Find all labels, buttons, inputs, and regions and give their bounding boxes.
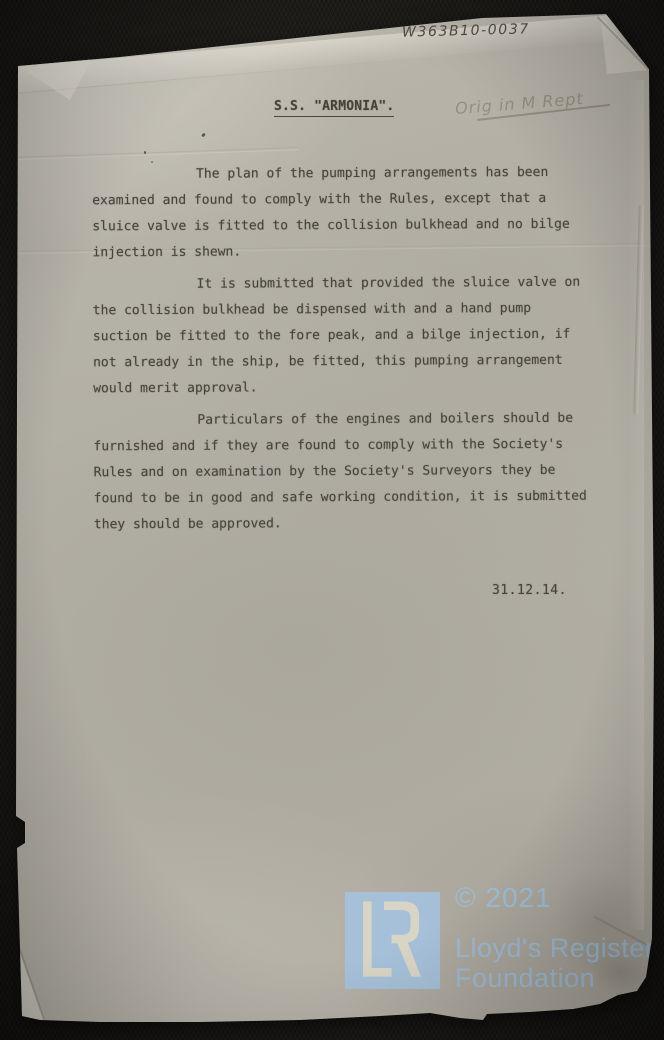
paper-shadow: W363B10-0037 Orig in M Rept S.S. "ARMONI… [0, 0, 664, 1040]
top-right-fold-crease [597, 16, 650, 71]
ink-speck [144, 151, 146, 154]
watermark-org-line1: Lloyd's Register [455, 933, 654, 963]
paragraph-3: Particulars of the engines and boilers s… [93, 406, 594, 539]
paragraph-2: It is submitted that provided the sluice… [93, 270, 594, 403]
top-left-corner-fold [0, 0, 120, 120]
right-edge-highlight [628, 80, 644, 930]
archive-reference-handwritten: W363B10-0037 [402, 21, 530, 40]
document-title: S.S. "ARMONIA". [274, 99, 394, 117]
document-paper: W363B10-0037 Orig in M Rept S.S. "ARMONI… [0, 0, 664, 1040]
scanned-document-photo: W363B10-0037 Orig in M Rept S.S. "ARMONI… [0, 0, 664, 1040]
ink-speck [201, 133, 206, 138]
top-fold-crease [14, 11, 654, 94]
bottom-left-corner-fold [0, 900, 80, 1040]
right-vertical-crease [633, 205, 643, 415]
paragraph-1: The plan of the pumping arrangements has… [92, 160, 593, 267]
horizontal-crease-upper [18, 147, 298, 160]
watermark-copyright: © 2021 [455, 882, 552, 914]
watermark-org-line2: Foundation [455, 963, 654, 993]
document-date: 31.12.14. [492, 583, 567, 598]
lr-monogram-icon [345, 892, 440, 989]
document-body: The plan of the pumping arrangements has… [92, 160, 594, 545]
watermark-org-name: Lloyd's Register Foundation [455, 933, 654, 993]
lloyds-register-logo-icon [345, 892, 440, 989]
bottom-left-fold-crease [19, 949, 45, 1020]
